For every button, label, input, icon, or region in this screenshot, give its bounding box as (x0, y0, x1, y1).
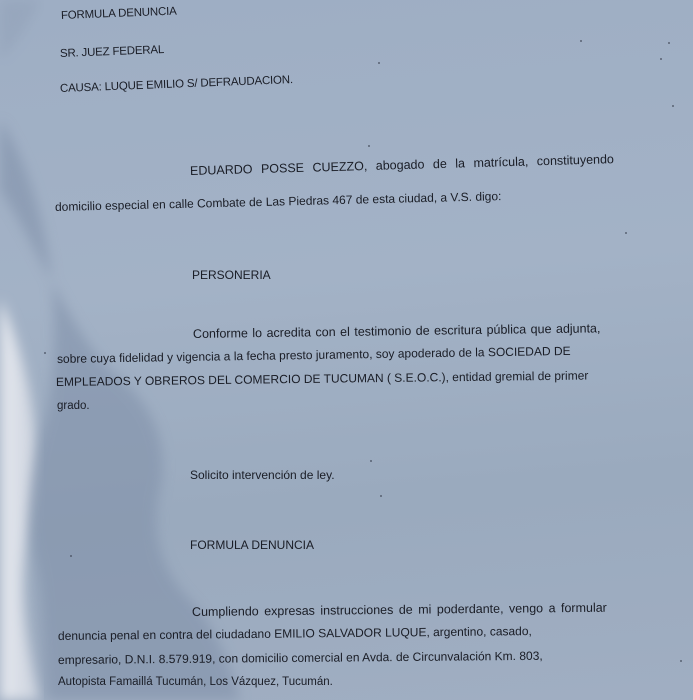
request-text: Solicito intervención de ley. (190, 468, 335, 482)
speck (680, 660, 682, 662)
speck (668, 42, 670, 44)
speck (660, 58, 662, 60)
denuncia-line-4: Autopista Famaillá Tucumán, Los Vázquez,… (58, 676, 333, 688)
personeria-line-1: Conforme lo acredita con el testimonio d… (193, 321, 601, 341)
personeria-line-3: EMPLEADOS Y OBREROS DEL COMERCIO DE TUCU… (56, 368, 588, 389)
speck (44, 352, 46, 354)
denuncia-line-2: denuncia penal en contra del ciudadano E… (58, 624, 532, 643)
speck (580, 40, 582, 42)
speck (380, 495, 382, 497)
speck (368, 145, 370, 147)
section-heading-personeria: PERSONERIA (192, 268, 271, 282)
case-title: CAUSA: LUQUE EMILIO S/ DEFRAUDACION. (60, 74, 293, 95)
speck (378, 62, 380, 64)
personeria-line-2: sobre cuya fidelidad y vigencia a la fec… (57, 344, 571, 366)
addressee: SR. JUEZ FEDERAL (60, 44, 165, 60)
denuncia-line-3: empresario, D.N.I. 8.579.919, con domici… (58, 649, 543, 667)
doc-title: FORMULA DENUNCIA (61, 6, 177, 22)
document-page: FORMULA DENUNCIA SR. JUEZ FEDERAL CAUSA:… (0, 0, 693, 700)
speck (672, 105, 674, 107)
intro-line-2: domicilio especial en calle Combate de L… (55, 189, 502, 214)
speck (370, 460, 372, 462)
section-heading-denuncia: FORMULA DENUNCIA (190, 538, 314, 552)
intro-line-1: EDUARDO POSSE CUEZZO, abogado de la matr… (190, 150, 680, 178)
personeria-line-4: grado. (57, 400, 90, 412)
speck (625, 232, 627, 234)
denuncia-line-1: Cumpliendo expresas instrucciones de mi … (192, 601, 607, 619)
speck (70, 555, 72, 557)
